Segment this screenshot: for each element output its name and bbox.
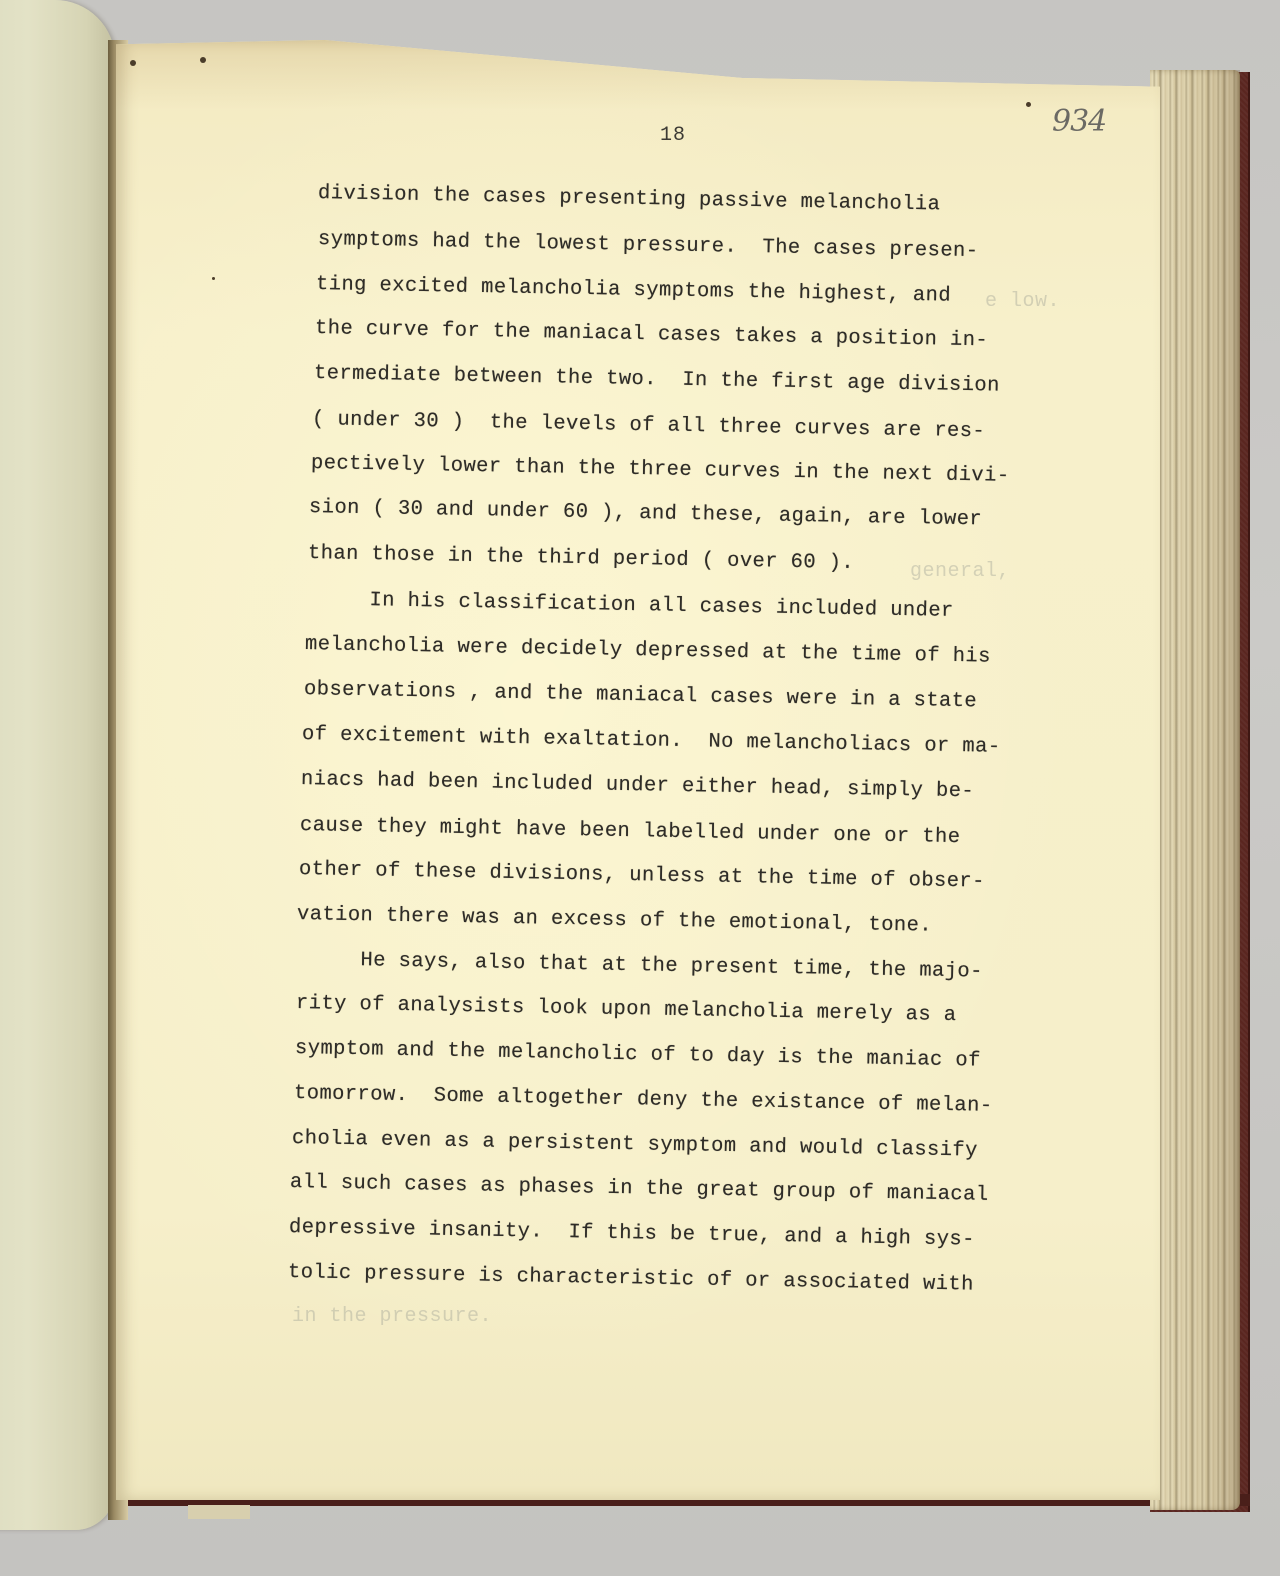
text-line: rity of analysists look upon melancholia… — [296, 992, 957, 1027]
text-line: In his classification all cases included… — [306, 588, 954, 623]
text-line: tolic pressure is characteristic of or a… — [288, 1261, 974, 1297]
text-line: He says, also that at the present time, … — [297, 948, 983, 984]
ink-dot — [212, 277, 215, 280]
page-number: 18 — [660, 124, 686, 147]
text-line: cause they might have been labelled unde… — [300, 814, 961, 849]
bleed-through-text: general, — [910, 560, 1010, 583]
text-line: melancholia were decidely depressed at t… — [305, 633, 991, 669]
ink-dot — [1026, 102, 1031, 107]
text-line: ( under 30 ) the levels of all three cur… — [312, 408, 986, 443]
text-line: symptom and the melancholic of to day is… — [295, 1037, 981, 1073]
text-line: niacs had been included under either hea… — [301, 768, 975, 803]
text-line: the curve for the maniacal cases takes a… — [315, 317, 989, 352]
page-content: 18 934 e low. general, in the pressure. … — [0, 0, 1280, 1576]
text-line: than those in the third period ( over 60… — [308, 542, 855, 575]
bleed-through-text: e low. — [985, 290, 1060, 313]
text-line: division the cases presenting passive me… — [318, 182, 941, 216]
text-line: termediate between the two. In the first… — [314, 362, 1000, 398]
text-line: observations , and the maniacal cases we… — [304, 678, 978, 713]
punch-hole — [130, 60, 136, 66]
text-line: other of these divisions, unless at the … — [299, 858, 985, 894]
text-line: vation there was an excess of the emotio… — [297, 903, 932, 938]
text-line: tomorrow. Some altogether deny the exist… — [294, 1082, 993, 1118]
text-line: ting excited melancholia symptoms the hi… — [316, 273, 951, 308]
punch-hole — [200, 57, 206, 63]
text-line: cholia even as a persistent symptom and … — [292, 1127, 978, 1163]
text-line: depressive insanity. If this be true, an… — [289, 1216, 975, 1252]
text-line: all such cases as phases in the great gr… — [290, 1171, 989, 1207]
text-line: of excitement with exaltation. No melanc… — [302, 723, 1001, 759]
handwritten-folio-number: 934 — [1052, 104, 1106, 139]
text-line: sion ( 30 and under 60 ), and these, aga… — [309, 496, 983, 531]
text-line: symptoms had the lowest pressure. The ca… — [318, 228, 979, 263]
bleed-through-text: in the pressure. — [292, 1305, 492, 1328]
text-line: pectively lower than the three curves in… — [311, 452, 1010, 488]
